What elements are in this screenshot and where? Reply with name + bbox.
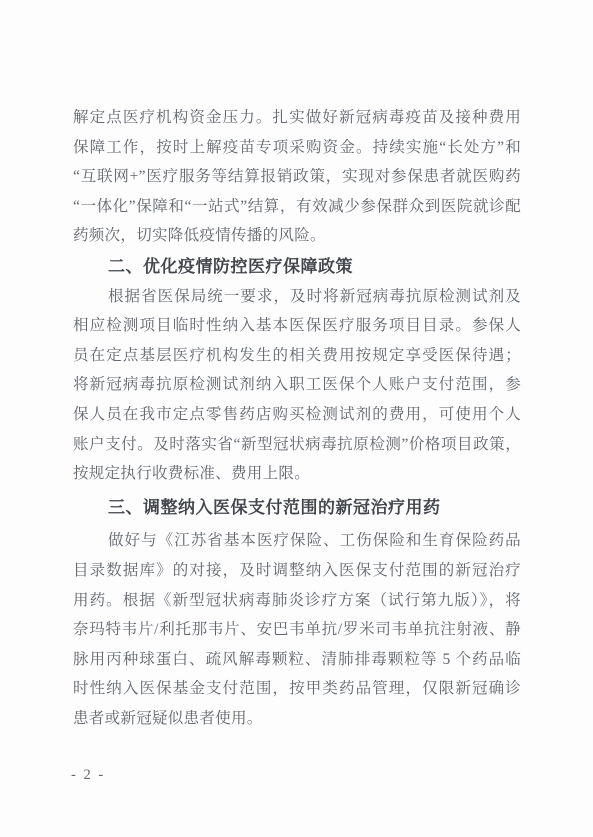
paragraph-section-2: 根据省医保局统一要求，及时将新冠病毒抗原检测试剂及 相应检测项目临时性纳入基本医… [73,282,521,489]
body-line: “互联网+”医疗服务等结算报销政策，实现对参保患者就医购药 [73,162,521,192]
body-line: 做好与《江苏省基本医疗保险、工伤保险和生育保险药品 [73,526,521,556]
page-body: 解定点医疗机构资金压力。扎实做好新冠病毒疫苗及接种费用 保障工作，按时上解疫苗专… [73,103,521,733]
page-number: - 2 - [71,765,105,785]
body-line: 脉用丙种球蛋白、疏风解毒颗粒、清肺排毒颗粒等 5 个药品临 [73,645,521,675]
paragraph-continuation: 解定点医疗机构资金压力。扎实做好新冠病毒疫苗及接种费用 保障工作，按时上解疫苗专… [73,103,521,251]
body-line: 相应检测项目临时性纳入基本医保医疗服务项目目录。参保人 [73,311,521,341]
paragraph-section-3: 做好与《江苏省基本医疗保险、工伤保险和生育保险药品 目录数据库》的对接，及时调整… [73,526,521,733]
body-line: 账户支付。及时落实省“新型冠状病毒抗原检测”价格项目政策， [73,430,521,460]
body-line: 解定点医疗机构资金压力。扎实做好新冠病毒疫苗及接种费用 [73,103,521,133]
body-line: 保障工作，按时上解疫苗专项采购资金。持续实施“长处方”和 [73,133,521,163]
body-line: 药频次，切实降低疫情传播的风险。 [73,221,521,251]
section-heading-2: 二、优化疫情防控医疗保障政策 [73,252,521,282]
body-line: 根据省医保局统一要求，及时将新冠病毒抗原检测试剂及 [73,282,521,312]
section-heading-3: 三、调整纳入医保支付范围的新冠治疗用药 [73,493,521,523]
document-page: 解定点医疗机构资金压力。扎实做好新冠病毒疫苗及接种费用 保障工作，按时上解疫苗专… [0,0,593,837]
body-line: 目录数据库》的对接，及时调整纳入医保支付范围的新冠治疗 [73,556,521,586]
body-line: 按规定执行收费标准、费用上限。 [73,459,521,489]
body-line: 将新冠病毒抗原检测试剂纳入职工医保个人账户支付范围，参 [73,370,521,400]
body-line: 员在定点基层医疗机构发生的相关费用按规定享受医保待遇； [73,341,521,371]
body-line: 时性纳入医保基金支付范围，按甲类药品管理，仅限新冠确诊 [73,674,521,704]
body-line: 用药。根据《新型冠状病毒肺炎诊疗方案（试行第九版）》，将 [73,586,521,616]
body-line: 患者或新冠疑似患者使用。 [73,704,521,734]
body-line: 奈玛特韦片/利托那韦片、安巴韦单抗/罗米司韦单抗注射液、静 [73,615,521,645]
body-line: 保人员在我市定点零售药店购买检测试剂的费用，可使用个人 [73,400,521,430]
body-line: “一体化”保障和“一站式”结算，有效减少参保群众到医院就诊配 [73,192,521,222]
